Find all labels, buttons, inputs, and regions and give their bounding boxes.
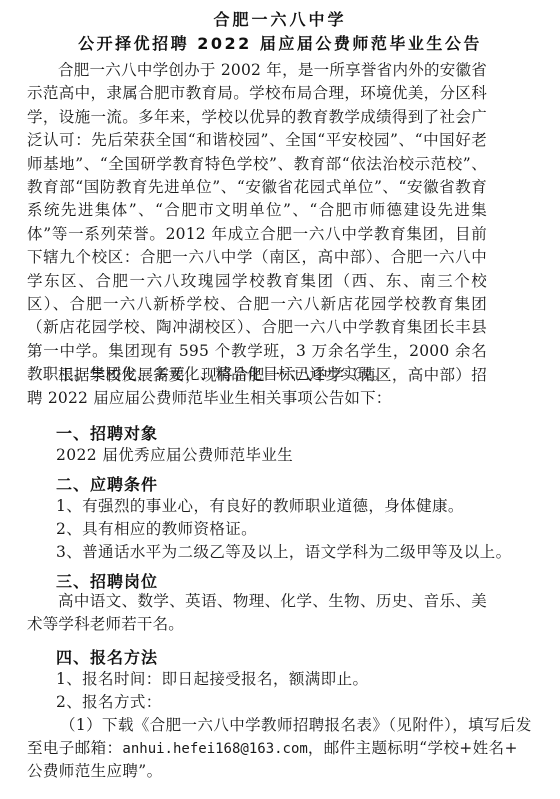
section-heading-positions: 三、招聘岗位 (56, 569, 158, 592)
application-subject-line: 公费师范生应聘”。 (27, 759, 163, 781)
application-method-label: 2、报名方式： (56, 690, 162, 712)
positions-paragraph: 高中语文、数学、英语、物理、化学、生物、历史、音乐、美术等学科老师若干名。 (27, 590, 487, 637)
requirement-item: 2、具有相应的教师资格证。 (56, 517, 257, 539)
email-prefix: 至电子邮箱： (27, 739, 122, 757)
announcement-page: 合肥一六八中学 公开择优招聘 2022 届应届公费师范毕业生公告 合肥一六八中学… (0, 0, 560, 799)
application-step-1: （1）下载《合肥一六八中学教师招聘报名表》（见附件），填写后发 (60, 713, 532, 735)
email-suffix: ，邮件主题标明“学校+姓名+ (308, 739, 518, 757)
announcement-title: 公开择优招聘 2022 届应届公费师范毕业生公告 (0, 31, 560, 54)
section-heading-recruitment-target: 一、招聘对象 (56, 421, 158, 444)
section-heading-requirements: 二、应聘条件 (56, 472, 158, 495)
requirement-item: 3、普通话水平为二级乙等及以上，语文学科为二级甲等及以上。 (56, 540, 511, 562)
lead-paragraph: 根据学校发展需要，现将合肥一六八中学（南区，高中部）招聘 2022 届应届公费师… (27, 364, 487, 411)
application-time: 1、报名时间：即日起接受报名，额满即止。 (56, 667, 368, 689)
requirement-item: 1、有强烈的事业心，有良好的教师职业道德，身体健康。 (56, 494, 464, 516)
school-name-title: 合肥一六八中学 (0, 7, 560, 30)
email-address[interactable]: anhui.hefei168@163.com (122, 741, 307, 757)
recruitment-target-text: 2022 届优秀应届公费师范毕业生 (56, 443, 293, 465)
section-heading-application-method: 四、报名方法 (56, 645, 158, 668)
intro-paragraph: 合肥一六八中学创办于 2002 年，是一所享誉省内外的安徽省示范高中，隶属合肥市… (27, 59, 487, 349)
application-email-line: 至电子邮箱：anhui.hefei168@163.com，邮件主题标明“学校+姓… (27, 736, 518, 758)
